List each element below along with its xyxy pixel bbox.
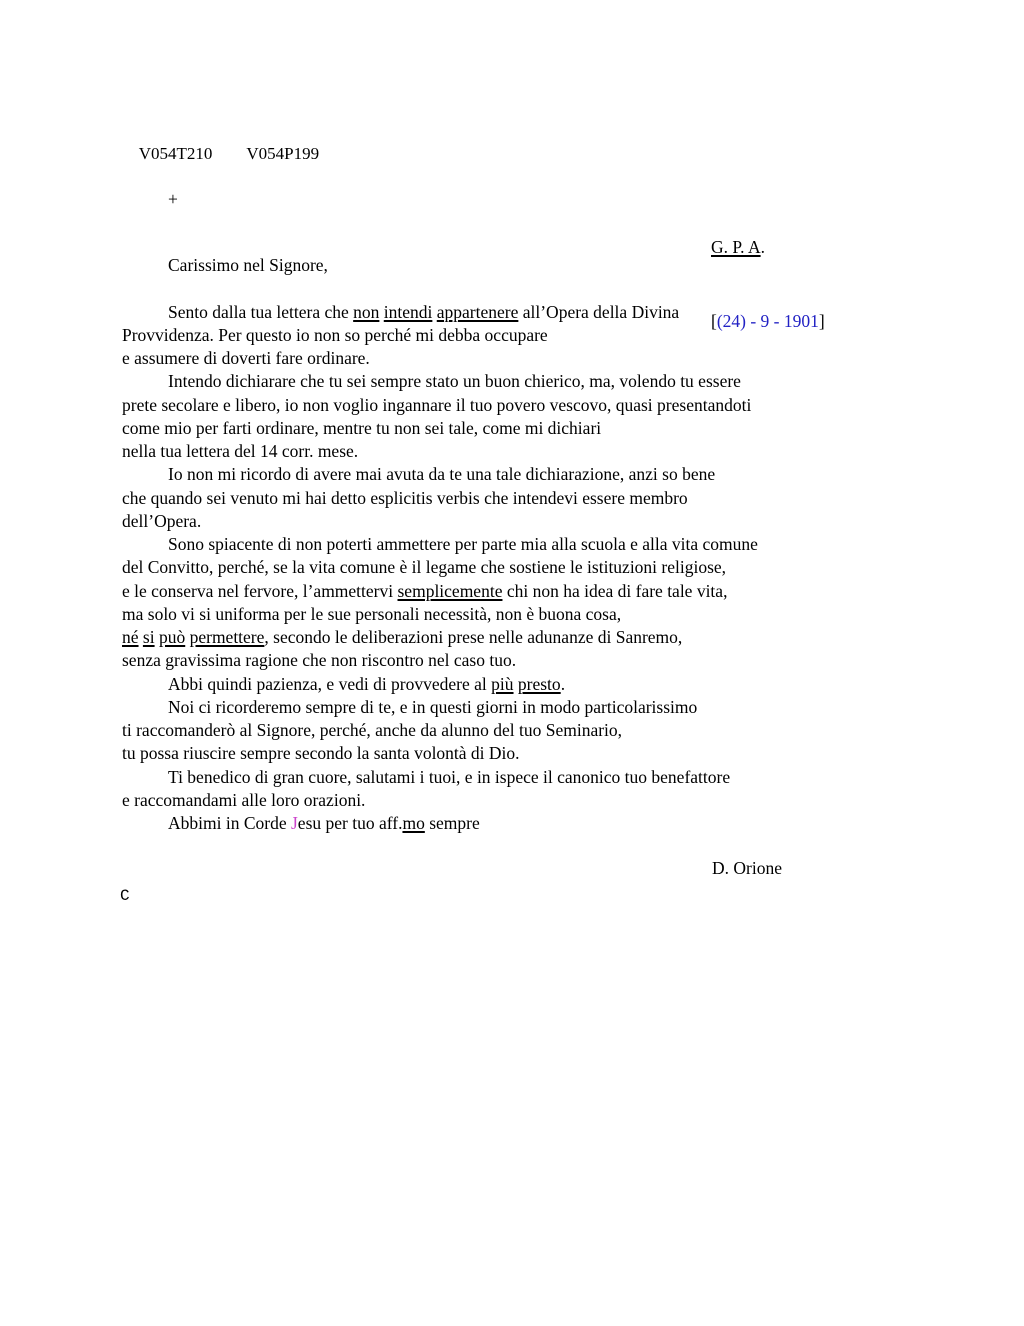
letter-line: ma solo vi si uniforma per le sue person… (122, 603, 867, 626)
text-segment: Carissimo nel Signore, (168, 255, 328, 275)
text-segment: come mio per farti ordinare, mentre tu n… (122, 418, 601, 438)
letter-line: e assumere di doverti fare ordinare. (122, 347, 867, 370)
letter-line: tu possa riuscire sempre secondo la sant… (122, 742, 867, 765)
text-segment: senza gravissima ragione che non riscont… (122, 650, 516, 670)
text-segment: Abbimi in Corde (168, 813, 291, 833)
text-segment: Io non mi ricordo di avere mai avuta da … (168, 464, 715, 484)
letter-line: prete secolare e libero, io non voglio i… (122, 394, 867, 417)
letter-line: nella tua lettera del 14 corr. mese. (122, 440, 867, 463)
document-page: V054T210V054P199 + G. P. A. [(24) - 9 - … (0, 0, 1024, 1326)
letter-line: del Convitto, perché, se la vita comune … (122, 556, 867, 579)
text-segment: dell’Opera. (122, 511, 201, 531)
letter-line: e raccomandami alle loro orazioni. (122, 789, 867, 812)
text-segment: ma solo vi si uniforma per le sue person… (122, 604, 621, 624)
text-segment: Sono spiacente di non poterti ammettere … (168, 534, 758, 554)
signature: D. Orione (712, 857, 782, 880)
text-segment: all’Opera della Divina (518, 302, 679, 322)
footer-mark: C (120, 885, 130, 908)
letter-line: ti raccomanderò al Signore, perché, anch… (122, 719, 867, 742)
underlined-text: appartenere (437, 302, 519, 322)
text-segment: Intendo dichiarare che tu sei sempre sta… (168, 371, 741, 391)
underlined-text: semplicemente (398, 581, 503, 601)
text-segment: tu possa riuscire sempre secondo la sant… (122, 743, 520, 763)
letter-body: Carissimo nel Signore, Sento dalla tua l… (122, 254, 867, 835)
underlined-text: mo (402, 813, 424, 833)
letter-line: né si può permettere, secondo le deliber… (122, 626, 867, 649)
text-segment: Ti benedico di gran cuore, salutami i tu… (168, 767, 730, 787)
letter-line: come mio per farti ordinare, mentre tu n… (122, 417, 867, 440)
underlined-text: intendi (384, 302, 433, 322)
underlined-text: si (143, 627, 155, 647)
underlined-text: permettere (190, 627, 265, 647)
doc-ref-2: V054P199 (246, 144, 319, 163)
letter-line: senza gravissima ragione che non riscont… (122, 649, 867, 672)
doc-ref-1: V054T210 (139, 144, 213, 163)
text-segment: e assumere di doverti fare ordinare. (122, 348, 370, 368)
text-segment: ti raccomanderò al Signore, perché, anch… (122, 720, 622, 740)
underlined-text: non (353, 302, 379, 322)
text-segment: e le conserva nel fervore, l’ammettervi (122, 581, 398, 601)
letter-line: Sono spiacente di non poterti ammettere … (122, 533, 867, 556)
text-segment: Sento dalla tua lettera che (168, 302, 353, 322)
letter-line: Ti benedico di gran cuore, salutami i tu… (122, 766, 867, 789)
letter-line: che quando sei venuto mi hai detto espli… (122, 487, 867, 510)
text-segment: Noi ci ricorderemo sempre di te, e in qu… (168, 697, 697, 717)
letter-line: Abbi quindi pazienza, e vedi di provvede… (122, 673, 867, 696)
text-segment: e raccomandami alle loro orazioni. (122, 790, 365, 810)
underlined-text: può (159, 627, 185, 647)
cross-mark: + (168, 188, 178, 211)
text-segment: nella tua lettera del 14 corr. mese. (122, 441, 358, 461)
text-segment: esu per tuo aff. (298, 813, 403, 833)
text-segment: J (291, 813, 298, 833)
letter-line: Noi ci ricorderemo sempre di te, e in qu… (122, 696, 867, 719)
underlined-text: presto (518, 674, 561, 694)
text-segment: . (561, 674, 565, 694)
letter-line (122, 277, 867, 300)
text-segment: chi non ha idea di fare tale vita, (502, 581, 727, 601)
text-segment: , secondo le deliberazioni prese nelle a… (264, 627, 682, 647)
text-segment: prete secolare e libero, io non voglio i… (122, 395, 751, 415)
letter-line: Intendo dichiarare che tu sei sempre sta… (122, 370, 867, 393)
text-segment: sempre (425, 813, 480, 833)
letter-line: Io non mi ricordo di avere mai avuta da … (122, 463, 867, 486)
text-segment: Provvidenza. Per questo io non so perché… (122, 325, 548, 345)
letter-line: Carissimo nel Signore, (122, 254, 867, 277)
text-segment: che quando sei venuto mi hai detto espli… (122, 488, 688, 508)
text-segment: del Convitto, perché, se la vita comune … (122, 557, 726, 577)
letter-line: e le conserva nel fervore, l’ammettervi … (122, 580, 867, 603)
document-references: V054T210V054P199 (122, 119, 319, 188)
letter-line: Provvidenza. Per questo io non so perché… (122, 324, 867, 347)
underlined-text: né (122, 627, 139, 647)
underlined-text: più (491, 674, 513, 694)
letter-line: dell’Opera. (122, 510, 867, 533)
text-segment: Abbi quindi pazienza, e vedi di provvede… (168, 674, 491, 694)
letter-line: Abbimi in Corde Jesu per tuo aff.mo semp… (122, 812, 867, 835)
letter-line: Sento dalla tua lettera che non intendi … (122, 301, 867, 324)
